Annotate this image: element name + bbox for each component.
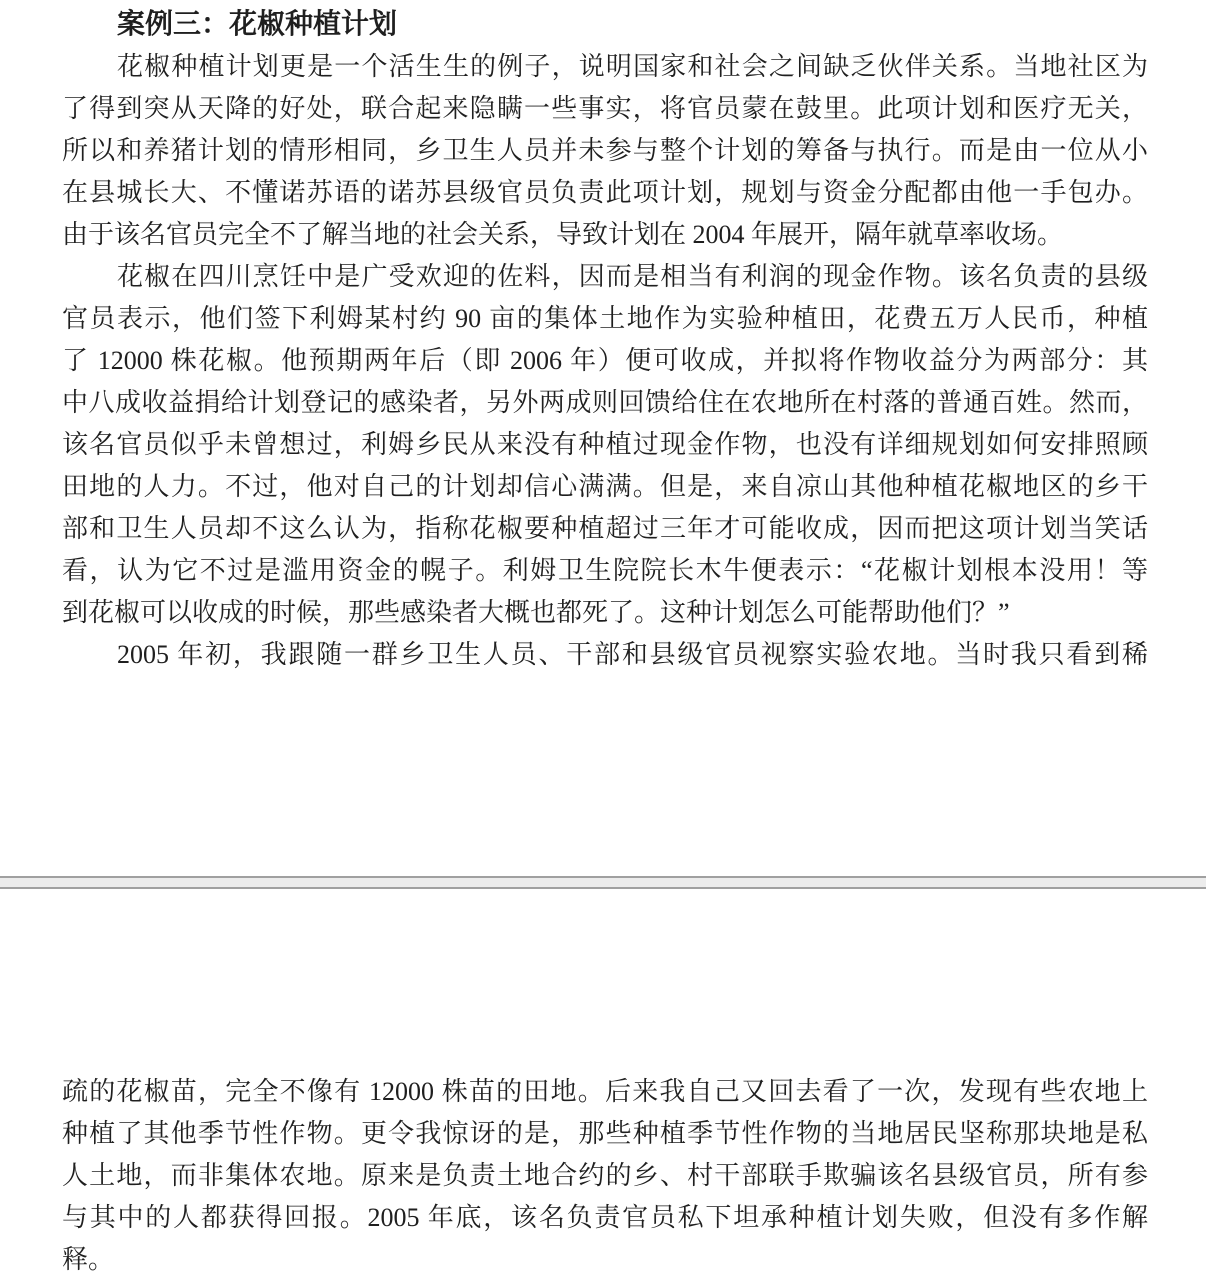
page-2: 疏的花椒苗，完全不像有 12000 株苗的田地。后来我自己又回去看了一次，发现有… <box>0 1071 1206 1280</box>
text-line: 该名官员似乎未曾想过，利姆乡民从来没有种植过现金作物，也没有详细规划如何安排照顾 <box>62 424 1148 466</box>
text-line: 种植了其他季节性作物。更令我惊讶的是，那些种植季节性作物的当地居民坚称那块地是私 <box>62 1113 1148 1155</box>
text-line: 田地的人力。不过，他对自己的计划却信心满满。但是，来自凉山其他种植花椒地区的乡干 <box>62 466 1148 508</box>
text-line: 由于该名官员完全不了解当地的社会关系，导致计划在 2004 年展开，隔年就草率收… <box>62 214 1148 256</box>
text-line: 人土地，而非集体农地。原来是负责土地合约的乡、村干部联手欺骗该名县级官员，所有参 <box>62 1155 1148 1197</box>
text-line: 花椒在四川烹饪中是广受欢迎的佐料，因而是相当有利润的现金作物。该名负责的县级 <box>62 256 1148 298</box>
text-line: 了得到突从天降的好处，联合起来隐瞒一些事实，将官员蒙在鼓里。此项计划和医疗无关， <box>62 88 1148 130</box>
page-1: 案例三：花椒种植计划 花椒种植计划更是一个活生生的例子，说明国家和社会之间缺乏伙… <box>0 4 1206 676</box>
text-line: 花椒种植计划更是一个活生生的例子，说明国家和社会之间缺乏伙伴关系。当地社区为 <box>62 46 1148 88</box>
text-line: 看，认为它不过是滥用资金的幌子。利姆卫生院院长木牛便表示：“花椒计划根本没用！等 <box>62 550 1148 592</box>
page-break-separator <box>0 876 1206 889</box>
text-line: 中八成收益捐给计划登记的感染者，另外两成则回馈给住在农地所在村落的普通百姓。然而… <box>62 382 1148 424</box>
page-1-text: 花椒种植计划更是一个活生生的例子，说明国家和社会之间缺乏伙伴关系。当地社区为了得… <box>62 46 1148 676</box>
text-line: 所以和养猪计划的情形相同，乡卫生人员并未参与整个计划的筹备与执行。而是由一位从小 <box>62 130 1148 172</box>
text-line: 了 12000 株花椒。他预期两年后（即 2006 年）便可收成，并拟将作物收益… <box>62 340 1148 382</box>
text-line: 官员表示，他们签下利姆某村约 90 亩的集体土地作为实验种植田，花费五万人民币，… <box>62 298 1148 340</box>
text-line: 部和卫生人员却不这么认为，指称花椒要种植超过三年才可能收成，因而把这项计划当笑话 <box>62 508 1148 550</box>
text-line: 释。 <box>62 1239 1148 1280</box>
document-viewer: { "document": { "heading": "案例三：花椒种植计划",… <box>0 0 1206 1280</box>
text-line: 到花椒可以收成的时候，那些感染者大概也都死了。这种计划怎么可能帮助他们？” <box>62 592 1148 634</box>
section-heading: 案例三：花椒种植计划 <box>62 4 1148 46</box>
text-line: 与其中的人都获得回报。2005 年底，该名负责官员私下坦承种植计划失败，但没有多… <box>62 1197 1148 1239</box>
text-line: 2005 年初，我跟随一群乡卫生人员、干部和县级官员视察实验农地。当时我只看到稀 <box>62 634 1148 676</box>
text-line: 在县城长大、不懂诺苏语的诺苏县级官员负责此项计划，规划与资金分配都由他一手包办。 <box>62 172 1148 214</box>
text-line: 疏的花椒苗，完全不像有 12000 株苗的田地。后来我自己又回去看了一次，发现有… <box>62 1071 1148 1113</box>
page-2-text: 疏的花椒苗，完全不像有 12000 株苗的田地。后来我自己又回去看了一次，发现有… <box>62 1071 1148 1280</box>
